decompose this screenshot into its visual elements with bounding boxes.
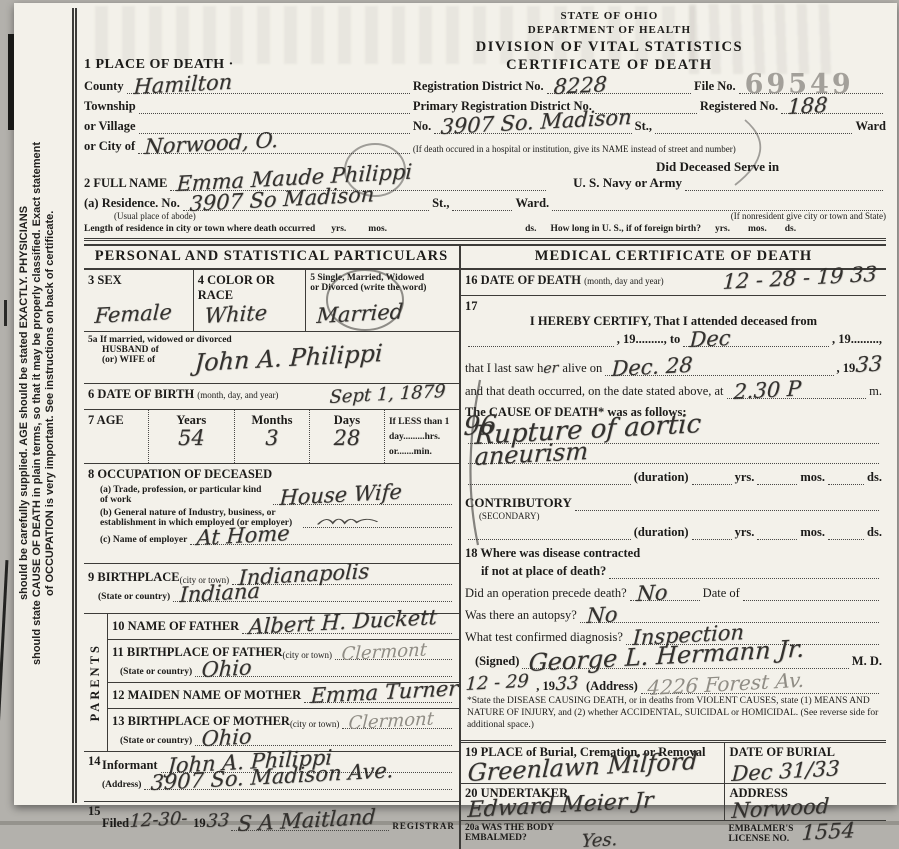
place-of-death-heading: 1 PLACE OF DEATH · [84, 57, 405, 74]
duration-lead-field [468, 471, 631, 485]
mother-bp-label: 13 BIRTHPLACE OF MOTHER [112, 714, 290, 729]
signed-label: (Signed) [475, 654, 519, 669]
sex-value: Female [94, 302, 172, 327]
registrar-label: REGISTRAR [392, 821, 455, 831]
residence-ward-label: Ward. [515, 196, 549, 211]
registered-no-field: 188 [781, 100, 883, 114]
occupation-b-field [303, 514, 452, 528]
mother-bp-state-value: Ohio [201, 726, 252, 750]
where-contracted-label-2: if not at place of death? [481, 564, 606, 579]
personal-title: PERSONAL AND STATISTICAL PARTICULARS [84, 246, 459, 270]
registered-no-label: Registered No. [700, 99, 778, 114]
informant-label: Informant [102, 758, 158, 773]
autopsy-value: No [586, 604, 618, 627]
certificate-header: STATE OF OHIO DEPARTMENT OF HEALTH DIVIS… [369, 10, 850, 74]
fullname-service-row: 2 FULL NAME Emma Maude Philippi Did Dece… [84, 159, 886, 191]
race-label: 4 COLOR OR RACE [198, 273, 275, 302]
age-less-label: If LESS than 1 day.........hrs. or......… [389, 417, 449, 457]
nonresident-field [552, 199, 883, 211]
burial-table: 19 PLACE of Burial, Cremation, or Remova… [461, 740, 886, 849]
where-contracted-label-1: 18 Where was disease contracted [465, 546, 882, 561]
mother-label: 12 MAIDEN NAME OF MOTHER [112, 688, 301, 703]
death-time-m: m. [869, 384, 882, 399]
duration-yrs-field [692, 471, 732, 485]
cause-line-2: aneurism [468, 444, 879, 464]
license-value: 1554 [801, 820, 855, 844]
certify-text: I HEREBY CERTIFY, That I attended deceas… [465, 314, 882, 329]
registrar-signature: S A Maitland [237, 806, 376, 834]
mother-bp-sub: (city or town) [290, 719, 340, 729]
mother-bp-state-label: (State or country) [120, 736, 192, 746]
dob-label: 6 DATE OF BIRTH [88, 387, 194, 401]
residence-no-label: No. [161, 196, 179, 211]
father-field: Albert H. Duckett [242, 620, 452, 634]
contrib-yrs-field [692, 526, 732, 540]
certification-block: 17 I HEREBY CERTIFY, That I attended dec… [461, 296, 886, 736]
death-certificate-scan: should be carefully supplied. AGE should… [0, 0, 899, 849]
husband-row: 5a If married, widowed or divorced HUSBA… [84, 332, 459, 384]
father-bp-state-label: (State or country) [120, 667, 192, 677]
occupation-a-field: House Wife [273, 491, 452, 505]
mother-value: Emma Turner [310, 678, 459, 707]
file-no-field: 69549 [739, 80, 883, 94]
street-no-label: No. [413, 119, 431, 134]
how-long-us-label: How long in U. S., if of foreign birth? [550, 224, 701, 234]
ink-stroke [0, 560, 8, 730]
contributory-field [575, 497, 879, 511]
burial-date-value: Dec 31/33 [731, 759, 840, 786]
registrar-sign-field: S A Maitland [231, 817, 389, 831]
last-saw-19: , 19 [837, 361, 856, 376]
personal-column: PERSONAL AND STATISTICAL PARTICULARS 3 S… [84, 246, 461, 849]
full-name-label: 2 FULL NAME [84, 176, 167, 191]
undertaker-row: 20 UNDERTAKER Edward Meier Jr ADDRESS No… [461, 784, 886, 821]
registered-no-value: 188 [787, 95, 828, 118]
test-label: What test confirmed diagnosis? [465, 630, 623, 645]
dod-label: 16 DATE OF DEATH [465, 273, 581, 287]
city-field: Norwood, O. [138, 140, 410, 154]
birthplace-state-field: Indiana [173, 588, 452, 602]
age-label: 7 AGE [88, 413, 124, 427]
filed-date-value: 12-30- [129, 810, 188, 831]
marital-value: Married [316, 301, 404, 327]
service-label-1: Did Deceased Serve in [549, 159, 886, 175]
occupation-c-field: At Home [190, 531, 452, 545]
sign-address-value: 4226 Forest Av. [647, 669, 805, 697]
mother-birthplace-row: 13 BIRTHPLACE OF MOTHER (city or town) C… [108, 709, 459, 751]
father-name-row: 10 NAME OF FATHER Albert H. Duckett [108, 614, 459, 640]
operation-value: No [636, 582, 668, 605]
registration-district-value: 8228 [553, 74, 607, 98]
where-contracted-field [609, 565, 879, 579]
occupation-c-label: (c) Name of employer [100, 535, 187, 545]
city-label: or City of [84, 139, 135, 154]
residence-row: (a) Residence. No. 3907 So Madison St., … [84, 196, 886, 221]
md-label: M. D. [852, 654, 882, 669]
city-hospitalnote-row: or City of Norwood, O. (If death occured… [84, 139, 886, 154]
dob-row: 6 DATE OF BIRTH (month, day, and year) S… [84, 384, 459, 410]
margin-note-line: should be carefully supplied. AGE should… [18, 12, 30, 794]
informant-address-label: (Address) [102, 780, 141, 790]
mother-bp-field: Clermont [342, 715, 452, 729]
cause-value-2: aneurism [474, 439, 589, 469]
top-header-area: 1 PLACE OF DEATH · STATE OF OHIO DEPARTM… [84, 10, 886, 74]
informant-address-field: 3907 So. Madison Ave. [144, 776, 452, 790]
section-divider [84, 238, 886, 241]
city-value: Norwood, O. [144, 130, 279, 158]
residence-label: (a) Residence. [84, 196, 158, 211]
mother-bp-value: Clermont [348, 710, 434, 733]
length-residence-label: Length of residence in city or town wher… [84, 224, 315, 234]
birthplace-field: Indianapolis [232, 571, 452, 585]
department-line: DEPARTMENT OF HEALTH [369, 24, 850, 38]
township-label: Township [84, 99, 136, 114]
dod-value: 12 - 28 - 19 33 [722, 264, 877, 293]
division-line: DIVISION OF VITAL STATISTICS [369, 38, 850, 56]
nonresident-note: (If nonresident give city or town and St… [549, 211, 886, 221]
filed-number: 15 [88, 804, 101, 819]
margin-note-line: should state CAUSE OF DEATH in plain ter… [31, 12, 43, 794]
license-label-1: EMBALMER'S [728, 824, 793, 834]
registration-district-field: 8228 [547, 80, 691, 94]
husband-label-1: 5a If married, widowed or divorced [88, 335, 455, 345]
occupation-a-value: House Wife [279, 481, 402, 508]
contrib-ds: ds. [867, 525, 882, 540]
marital-label-2: or Divorced (write the word) [310, 283, 455, 293]
sex-race-marital-row: 3 SEX Female 4 COLOR OR RACE White 5 Sin… [84, 270, 459, 332]
item-17-number: 17 [465, 299, 882, 314]
yrs-label: yrs. [715, 224, 730, 234]
filed-row: 15 Filed 12-30- 19 33 S A Maitland REGIS… [84, 802, 459, 840]
father-bp-label: 11 BIRTHPLACE OF FATHER [112, 645, 283, 660]
death-time-field: 2.30 P [727, 385, 867, 399]
embalmed-row: 20a WAS THE BODY EMBALMED? Yes. EMBALMER… [461, 821, 886, 849]
county-value: Hamilton [133, 71, 233, 97]
county-label: County [84, 79, 124, 94]
contrib-ds-field [828, 526, 864, 540]
certify-19b: , 19........., [832, 332, 882, 347]
last-saw-label-1: that I last saw h [465, 361, 543, 376]
certify-19a: , 19........., to [617, 332, 681, 347]
sign-address-field: 4226 Forest Av. [641, 680, 879, 694]
mother-name-row: 12 MAIDEN NAME OF MOTHER Emma Turner [108, 683, 459, 709]
margin-note-line: of OCCUPATION is very important. See ins… [44, 12, 56, 794]
race-value: White [204, 302, 268, 326]
occupation-a-label: (a) Trade, profession, or particular kin… [100, 485, 270, 505]
ds-label: ds. [525, 224, 536, 234]
birthplace-state-label: (State or country) [98, 592, 170, 602]
length-of-residence-row: Length of residence in city or town wher… [84, 224, 886, 234]
contributory-sub: (SECONDARY) [479, 511, 882, 521]
death-time-value: 2.30 P [733, 378, 802, 403]
sex-label: 3 SEX [88, 273, 122, 287]
file-no-label: File No. [694, 79, 736, 94]
informant-number: 14 [88, 754, 101, 769]
age-row: 7 AGE Years 54 Months 3 Days 28 If LESS [84, 410, 459, 464]
hospital-note: (If death occured in a hospital or insti… [413, 144, 736, 154]
registration-district-label: Registration District No. [413, 79, 544, 94]
service-label-2: U. S. Navy or Army [573, 175, 682, 191]
autopsy-label: Was there an autopsy? [465, 608, 577, 623]
death-occurred-label: and that death occurred, on the date sta… [465, 384, 724, 399]
operation-date-field [743, 587, 879, 601]
sign-19: , 19 [536, 679, 555, 694]
last-saw-er: er [543, 361, 559, 376]
sign-address-label: (Address) [586, 679, 638, 694]
signed-field: George L. Hermann Jr. [522, 655, 848, 669]
contributory-label: CONTRIBUTORY [465, 495, 572, 511]
father-bp-state-value: Ohio [201, 657, 252, 681]
dod-sub: (month, day and year) [584, 276, 663, 286]
duration-ds-field [828, 471, 864, 485]
contrib-duration-lead [468, 526, 631, 540]
dob-sub-label: (month, day, and year) [197, 390, 278, 400]
parents-block: PARENTS 10 NAME OF FATHER Albert H. Duck… [84, 614, 459, 752]
residence-ward-field [452, 197, 512, 211]
ward-field [655, 120, 852, 134]
father-label: 10 NAME OF FATHER [112, 619, 239, 634]
contrib-yrs: yrs. [735, 525, 755, 540]
attended-to-field: Dec [683, 333, 829, 347]
ward-label: Ward [855, 119, 886, 134]
scan-edge-mark [8, 34, 14, 130]
operation-label: Did an operation precede death? [465, 586, 627, 601]
ink-scribble [303, 514, 452, 527]
contrib-mos: mos. [800, 525, 825, 540]
license-label-2: LICENSE NO. [728, 834, 793, 844]
village-label: or Village [84, 119, 136, 134]
duration-mos: mos. [800, 470, 825, 485]
duration-label: (duration) [634, 470, 689, 485]
duration-ds: ds. [867, 470, 882, 485]
father-bp-state-field: Ohio [195, 663, 452, 677]
embalmed-value: Yes. [581, 831, 618, 849]
main-columns: PERSONAL AND STATISTICAL PARTICULARS 3 S… [84, 244, 886, 849]
yrs-label: yrs. [331, 224, 346, 234]
last-saw-year: 33 [855, 353, 883, 375]
abode-note: (Usual place of abode) [114, 211, 549, 221]
contrib-mos-field [757, 526, 797, 540]
birthplace-label: 9 BIRTHPLACE [88, 570, 180, 585]
filed-19: 19 [193, 816, 206, 831]
last-saw-label-2: alive on [562, 361, 602, 376]
attended-from-field [468, 333, 614, 347]
residence-st-label: St., [432, 196, 449, 211]
occupation-row: 8 OCCUPATION OF DECEASED (a) Trade, prof… [84, 464, 459, 564]
age-days-value: 28 [334, 426, 361, 450]
attended-to-value: Dec [689, 328, 731, 351]
father-birthplace-row: 11 BIRTHPLACE OF FATHER (city or town) C… [108, 640, 459, 683]
duration-yrs: yrs. [735, 470, 755, 485]
parents-vertical-label: PARENTS [84, 614, 108, 751]
mos-label: mos. [748, 224, 767, 234]
mother-field: Emma Turner [304, 689, 452, 703]
street-st-label: St., [635, 119, 652, 134]
undertaker-address-value: Norwood [731, 796, 830, 822]
last-saw-field: Dec. 28 [605, 362, 833, 376]
marital-label-1: 5 Single, Married, Widowed [310, 273, 455, 283]
mother-bp-state-field: Ohio [195, 732, 452, 746]
residence-field: 3907 So Madison [183, 197, 429, 211]
filed-label: Filed [102, 816, 129, 831]
scan-edge-mark [4, 300, 7, 326]
burial-row: 19 PLACE of Burial, Cremation, or Remova… [461, 743, 886, 784]
contrib-duration-label: (duration) [634, 525, 689, 540]
county-registration-row: County Hamilton Registration District No… [84, 79, 886, 94]
mos-label: mos. [368, 224, 387, 234]
operation-date-label: Date of [703, 586, 740, 601]
dob-value: Sept 1, 1879 [329, 383, 446, 407]
township-field [139, 100, 410, 114]
informant-row: 14 Informant John A. Philippi (Address) … [84, 752, 459, 802]
margin-instructions: should be carefully supplied. AGE should… [18, 12, 70, 794]
medical-column: MEDICAL CERTIFICATE OF DEATH 16 DATE OF … [461, 246, 886, 849]
service-field [685, 177, 883, 191]
age-months-value: 3 [265, 426, 278, 450]
father-bp-sub: (city or town) [283, 650, 333, 660]
cause-footnote: *State the DISEASE CAUSING DEATH, or in … [465, 694, 882, 736]
state-line: STATE OF OHIO [369, 10, 850, 24]
father-bp-value: Clermont [341, 641, 427, 664]
cause-margin-note: 96 [463, 412, 497, 440]
birthplace-state-value: Indiana [179, 580, 261, 605]
operation-field: No [630, 587, 700, 601]
age-years-value: 54 [178, 426, 205, 450]
occupation-c-value: At Home [196, 523, 290, 549]
street-no-field: 3907 So. Madison [434, 120, 631, 134]
last-saw-value: Dec. 28 [611, 354, 693, 379]
county-field: Hamilton [127, 80, 410, 94]
filed-year-value: 33 [206, 811, 230, 830]
duration-mos-field [757, 471, 797, 485]
ds-label: ds. [785, 224, 796, 234]
township-primary-row: Township Primary Registration District N… [84, 99, 886, 114]
certificate-form: 1 PLACE OF DEATH · STATE OF OHIO DEPARTM… [72, 8, 891, 803]
date-of-death-row: 16 DATE OF DEATH (month, day and year) 1… [461, 270, 886, 296]
sign-date-value: 12 - 29 [465, 672, 529, 693]
sign-year-value: 33 [555, 674, 579, 693]
father-bp-field: Clermont [335, 646, 452, 660]
